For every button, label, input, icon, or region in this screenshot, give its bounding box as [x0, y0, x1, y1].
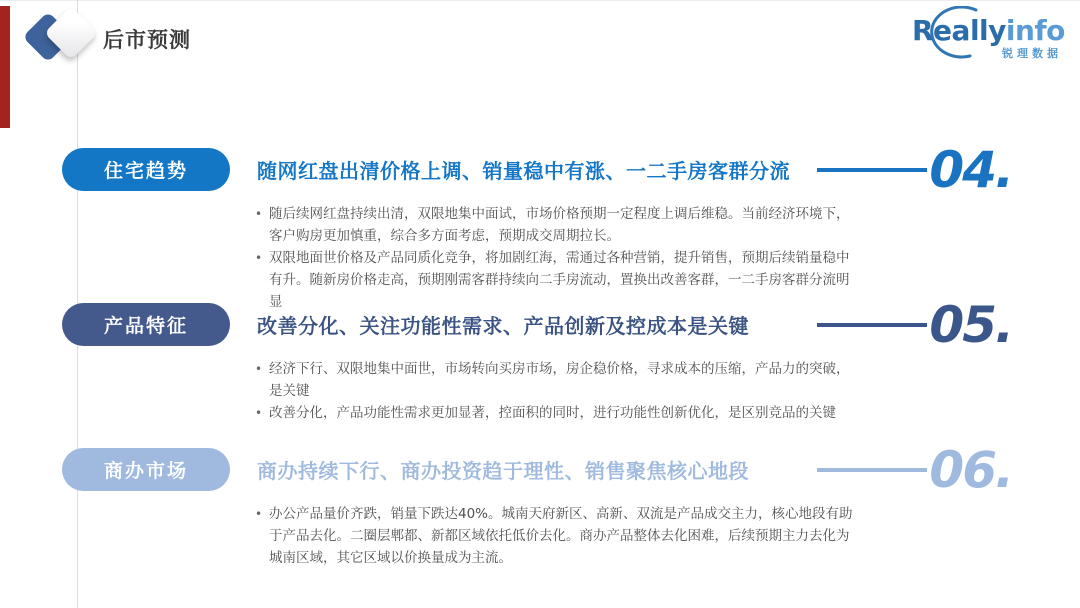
number-dash-line — [817, 468, 927, 472]
section-number: 06. — [929, 445, 1012, 495]
section-product-features: 产品特征 改善分化、关注功能性需求、产品创新及控成本是关键 05. •经济下行、… — [62, 303, 1012, 424]
bullet-item: •随后续网红盘持续出清，双限地集中面试，市场价格预期一定程度上调后维稳。当前经济… — [255, 203, 855, 247]
section-number: 04. — [929, 145, 1012, 195]
section-number-group: 05. — [817, 300, 1012, 350]
logo-swoosh-icon — [924, 6, 986, 62]
section-tag-pill: 商办市场 — [62, 448, 230, 491]
bullet-item: •办公产品量价齐跌，销量下跌达40%。城南天府新区、高新、双流是产品成交主力，核… — [255, 503, 855, 569]
section-bullets: •办公产品量价齐跌，销量下跌达40%。城南天府新区、高新、双流是产品成交主力，核… — [255, 503, 855, 569]
bullet-dot: • — [255, 358, 269, 402]
section-tag-pill: 产品特征 — [62, 303, 230, 346]
section-bullets: •经济下行、双限地集中面世，市场转向买房市场，房企稳价格，寻求成本的压缩，产品力… — [255, 358, 855, 424]
logo-brand-secondary: info — [1006, 14, 1065, 47]
bullet-item: •改善分化，产品功能性需求更加显著，控面积的同时，进行功能性创新优化，是区别竞品… — [255, 402, 855, 424]
slide-page: 后市预测 Reallyinfo 锐理数据 住宅趋势 随网红盘出清价格上调、销量稳… — [0, 0, 1080, 608]
section-tag-pill: 住宅趋势 — [62, 148, 230, 191]
section-header: 住宅趋势 随网红盘出清价格上调、销量稳中有涨、一二手房客群分流 04. — [62, 148, 1012, 191]
section-residential-trend: 住宅趋势 随网红盘出清价格上调、销量稳中有涨、一二手房客群分流 04. •随后续… — [62, 148, 1012, 313]
logo-wordmark: Reallyinfo — [912, 14, 1062, 47]
section-number-group: 04. — [817, 145, 1012, 195]
bullet-dot: • — [255, 203, 269, 247]
reallyinfo-logo: Reallyinfo 锐理数据 — [912, 14, 1062, 64]
section-heading: 随网红盘出清价格上调、销量稳中有涨、一二手房客群分流 — [257, 155, 790, 184]
number-dash-line — [817, 168, 927, 172]
bullet-text: 办公产品量价齐跌，销量下跌达40%。城南天府新区、高新、双流是产品成交主力，核心… — [269, 503, 855, 569]
bullet-dot: • — [255, 503, 269, 569]
section-header: 产品特征 改善分化、关注功能性需求、产品创新及控成本是关键 05. — [62, 303, 1012, 346]
section-commercial-market: 商办市场 商办持续下行、商办投资趋于理性、销售聚焦核心地段 06. •办公产品量… — [62, 448, 1012, 569]
section-heading: 改善分化、关注功能性需求、产品创新及控成本是关键 — [257, 310, 749, 339]
number-dash-line — [817, 323, 927, 327]
section-heading: 商办持续下行、商办投资趋于理性、销售聚焦核心地段 — [257, 455, 749, 484]
section-number-group: 06. — [817, 445, 1012, 495]
section-number: 05. — [929, 300, 1012, 350]
bullet-item: •经济下行、双限地集中面世，市场转向买房市场，房企稳价格，寻求成本的压缩，产品力… — [255, 358, 855, 402]
bullet-text: 经济下行、双限地集中面世，市场转向买房市场，房企稳价格，寻求成本的压缩，产品力的… — [269, 358, 855, 402]
bullet-text: 改善分化，产品功能性需求更加显著，控面积的同时，进行功能性创新优化，是区别竞品的… — [269, 402, 836, 424]
diamond-icon — [26, 10, 92, 66]
bullet-text: 随后续网红盘持续出清，双限地集中面试，市场价格预期一定程度上调后维稳。当前经济环… — [269, 203, 855, 247]
left-red-accent-bar — [0, 6, 10, 128]
bullet-dot: • — [255, 402, 269, 424]
section-header: 商办市场 商办持续下行、商办投资趋于理性、销售聚焦核心地段 06. — [62, 448, 1012, 491]
page-title: 后市预测 — [103, 24, 191, 54]
section-bullets: •随后续网红盘持续出清，双限地集中面试，市场价格预期一定程度上调后维稳。当前经济… — [255, 203, 855, 313]
